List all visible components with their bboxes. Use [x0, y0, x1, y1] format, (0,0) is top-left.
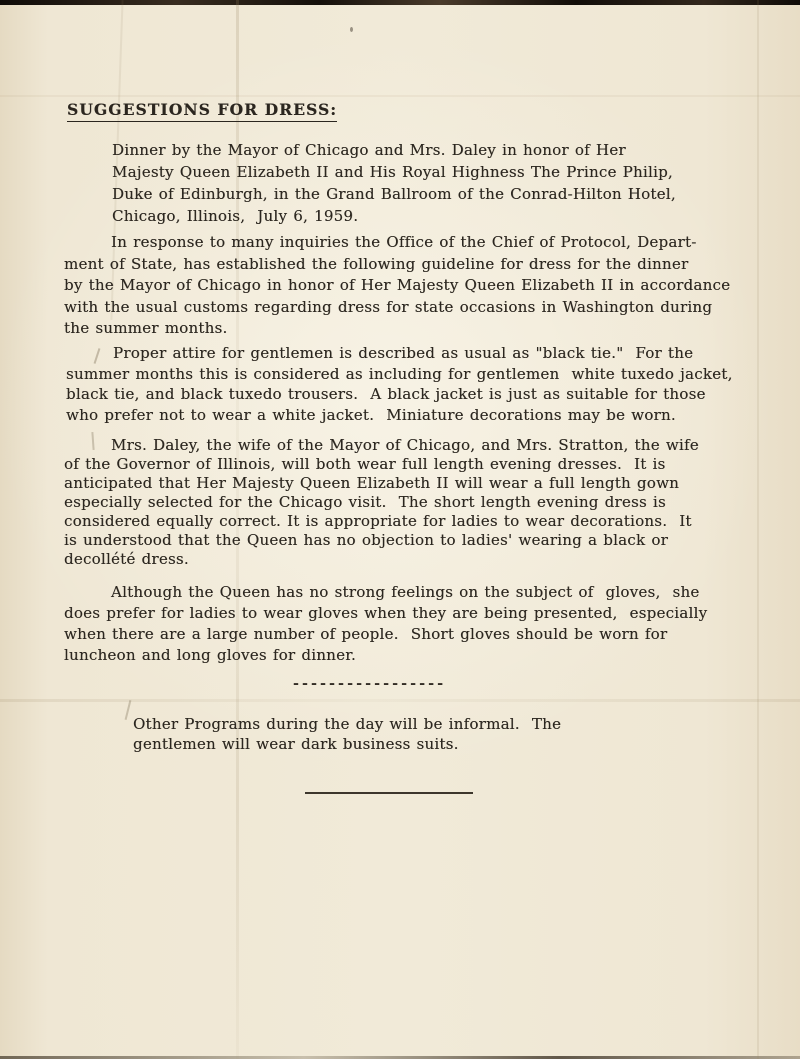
text-line: by the Mayor of Chicago in honor of Her …	[64, 275, 730, 297]
scanned-document-page: SUGGESTIONS FOR DRESS: Dinner by the May…	[0, 0, 800, 1059]
document-title: SUGGESTIONS FOR DRESS:	[67, 101, 337, 122]
paragraph-gentlemen-attire: Proper attire for gentlemen is described…	[66, 343, 733, 425]
text-line: considered equally correct. It is approp…	[64, 512, 699, 531]
text-line: black tie, and black tuxedo trousers. A …	[66, 384, 733, 405]
text-line: anticipated that Her Majesty Queen Eliza…	[64, 474, 699, 493]
paper-crease	[125, 700, 132, 720]
scan-edge-top	[0, 0, 800, 5]
text-line: with the usual customs regarding dress f…	[64, 297, 730, 319]
text-line: In response to many inquiries the Office…	[64, 232, 730, 254]
closing-rule	[305, 792, 473, 794]
paper-crease	[0, 699, 800, 702]
text-line: when there are a large number of people.…	[64, 624, 707, 645]
text-line: Mrs. Daley, the wife of the Mayor of Chi…	[64, 436, 699, 455]
text-line: of the Governor of Illinois, will both w…	[64, 455, 699, 474]
text-line: Although the Queen has no strong feeling…	[64, 582, 707, 603]
paragraph-other-programs: Other Programs during the day will be in…	[133, 715, 561, 754]
paragraph-event-details: Dinner by the Mayor of Chicago and Mrs. …	[112, 139, 676, 227]
text-line: who prefer not to wear a white jacket. M…	[66, 405, 733, 426]
paragraph-gloves: Although the Queen has no strong feeling…	[64, 582, 707, 666]
paper-crease	[757, 0, 759, 1059]
paragraph-protocol-guideline: In response to many inquiries the Office…	[64, 232, 730, 340]
text-line: is understood that the Queen has no obje…	[64, 531, 699, 550]
text-line: gentlemen will wear dark business suits.	[133, 735, 561, 755]
paragraph-ladies-attire: Mrs. Daley, the wife of the Mayor of Chi…	[64, 436, 699, 569]
text-line: the summer months.	[64, 318, 730, 340]
text-line: especially selected for the Chicago visi…	[64, 493, 699, 512]
text-line: Dinner by the Mayor of Chicago and Mrs. …	[112, 139, 676, 161]
paper-crease	[0, 95, 800, 97]
scan-speck	[350, 27, 353, 32]
text-line: Majesty Queen Elizabeth II and His Royal…	[112, 161, 676, 183]
text-line: Duke of Edinburgh, in the Grand Ballroom…	[112, 183, 676, 205]
text-line: summer months this is considered as incl…	[66, 364, 733, 385]
text-line: decollété dress.	[64, 550, 699, 569]
text-line: does prefer for ladies to wear gloves wh…	[64, 603, 707, 624]
text-line: ment of State, has established the follo…	[64, 254, 730, 276]
text-line: Proper attire for gentlemen is described…	[66, 343, 733, 364]
text-line: Chicago, Illinois, July 6, 1959.	[112, 205, 676, 227]
text-line: luncheon and long gloves for dinner.	[64, 645, 707, 666]
text-line: Other Programs during the day will be in…	[133, 715, 561, 735]
dashed-separator: -----------------	[293, 676, 446, 692]
